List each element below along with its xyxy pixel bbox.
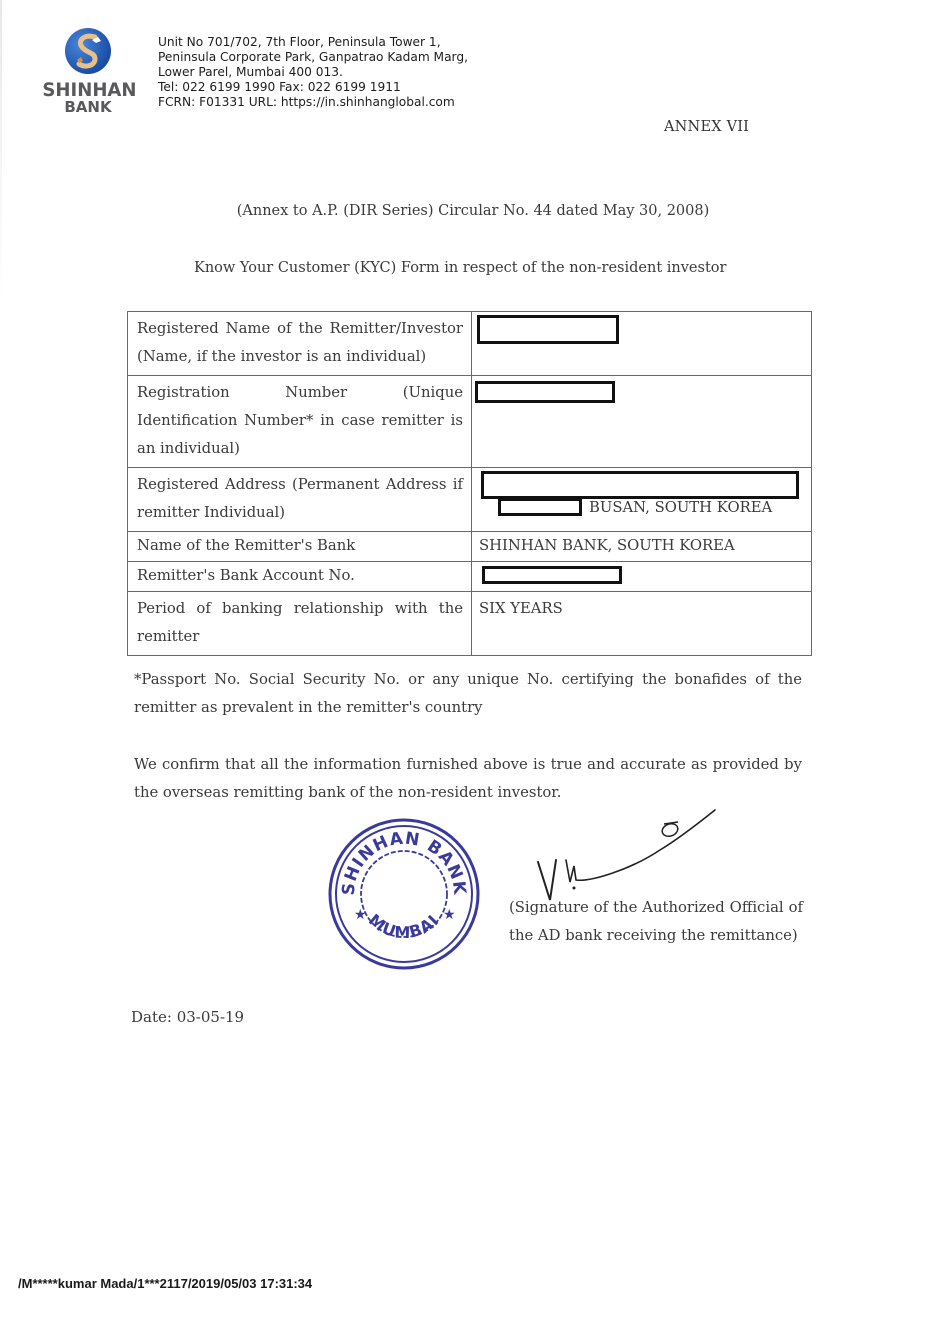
redaction-box (475, 381, 615, 403)
table-row: Name of the Remitter's Bank SHINHAN BANK… (128, 532, 812, 562)
shinhan-s-emblem-icon (65, 28, 111, 74)
bank-seal-stamp-icon: SHINHAN BANK MUMBAI ★ ★ (327, 817, 481, 971)
table-row: Remitter's Bank Account No. (128, 562, 812, 592)
circular-reference: (Annex to A.P. (DIR Series) Circular No.… (0, 203, 936, 219)
row-label: Remitter's Bank Account No. (128, 562, 472, 592)
confirmation-statement: We confirm that all the information furn… (134, 751, 802, 807)
shinhan-logo-icon (65, 28, 111, 74)
logo-name: SHINHAN (42, 80, 133, 100)
row-value (472, 562, 812, 592)
form-title: Know Your Customer (KYC) Form in respect… (194, 260, 726, 276)
redaction-box (482, 566, 622, 584)
signature-caption: (Signature of the Authorized Official of… (509, 894, 803, 950)
row-label: Registration Number (Unique Identificati… (128, 376, 472, 468)
row-value: SIX YEARS (472, 592, 812, 656)
address-line: Unit No 701/702, 7th Floor, Peninsula To… (158, 35, 468, 50)
redaction-box (498, 498, 582, 516)
row-value (472, 376, 812, 468)
footnote: *Passport No. Social Security No. or any… (134, 666, 802, 722)
svg-text:★: ★ (354, 907, 367, 923)
digital-footer-stamp: /M*****kumar Mada/1***2117/2019/05/03 17… (18, 1276, 312, 1291)
table-row: Period of banking relationship with the … (128, 592, 812, 656)
row-value: SHINHAN BANK, SOUTH KOREA (472, 532, 812, 562)
svg-text:SHINHAN BANK: SHINHAN BANK (339, 829, 470, 897)
svg-text:MUMBAI: MUMBAI (365, 910, 443, 942)
row-label: Name of the Remitter's Bank (128, 532, 472, 562)
annex-label: ANNEX VII (664, 119, 749, 135)
table-row: Registration Number (Unique Identificati… (128, 376, 812, 468)
redaction-box (477, 315, 619, 344)
shinhan-bank-logo: SHINHAN BANK (40, 28, 136, 115)
contact-line: Tel: 022 6199 1990 Fax: 022 6199 1911 (158, 80, 468, 95)
row-value (472, 312, 812, 376)
row-label: Registered Name of the Remitter/Investor… (128, 312, 472, 376)
table-row: Registered Name of the Remitter/Investor… (128, 312, 812, 376)
row-value: BUSAN, SOUTH KOREA (472, 468, 812, 532)
fcrn-url-line: FCRN: F01331 URL: https://in.shinhanglob… (158, 95, 468, 110)
logo-subtitle: BANK (40, 100, 136, 115)
row-label: Period of banking relationship with the … (128, 592, 472, 656)
address-line: Lower Parel, Mumbai 400 013. (158, 65, 468, 80)
address-city-country: BUSAN, SOUTH KOREA (589, 494, 772, 522)
table-row: Registered Address (Permanent Address if… (128, 468, 812, 532)
scan-edge-shadow (0, 0, 2, 300)
address-line: Peninsula Corporate Park, Ganpatrao Kada… (158, 50, 468, 65)
bank-address-block: Unit No 701/702, 7th Floor, Peninsula To… (158, 35, 468, 110)
date-line: Date: 03-05-19 (131, 1008, 244, 1026)
svg-text:★: ★ (443, 907, 456, 923)
row-label: Registered Address (Permanent Address if… (128, 468, 472, 532)
kyc-table: Registered Name of the Remitter/Investor… (127, 311, 812, 656)
